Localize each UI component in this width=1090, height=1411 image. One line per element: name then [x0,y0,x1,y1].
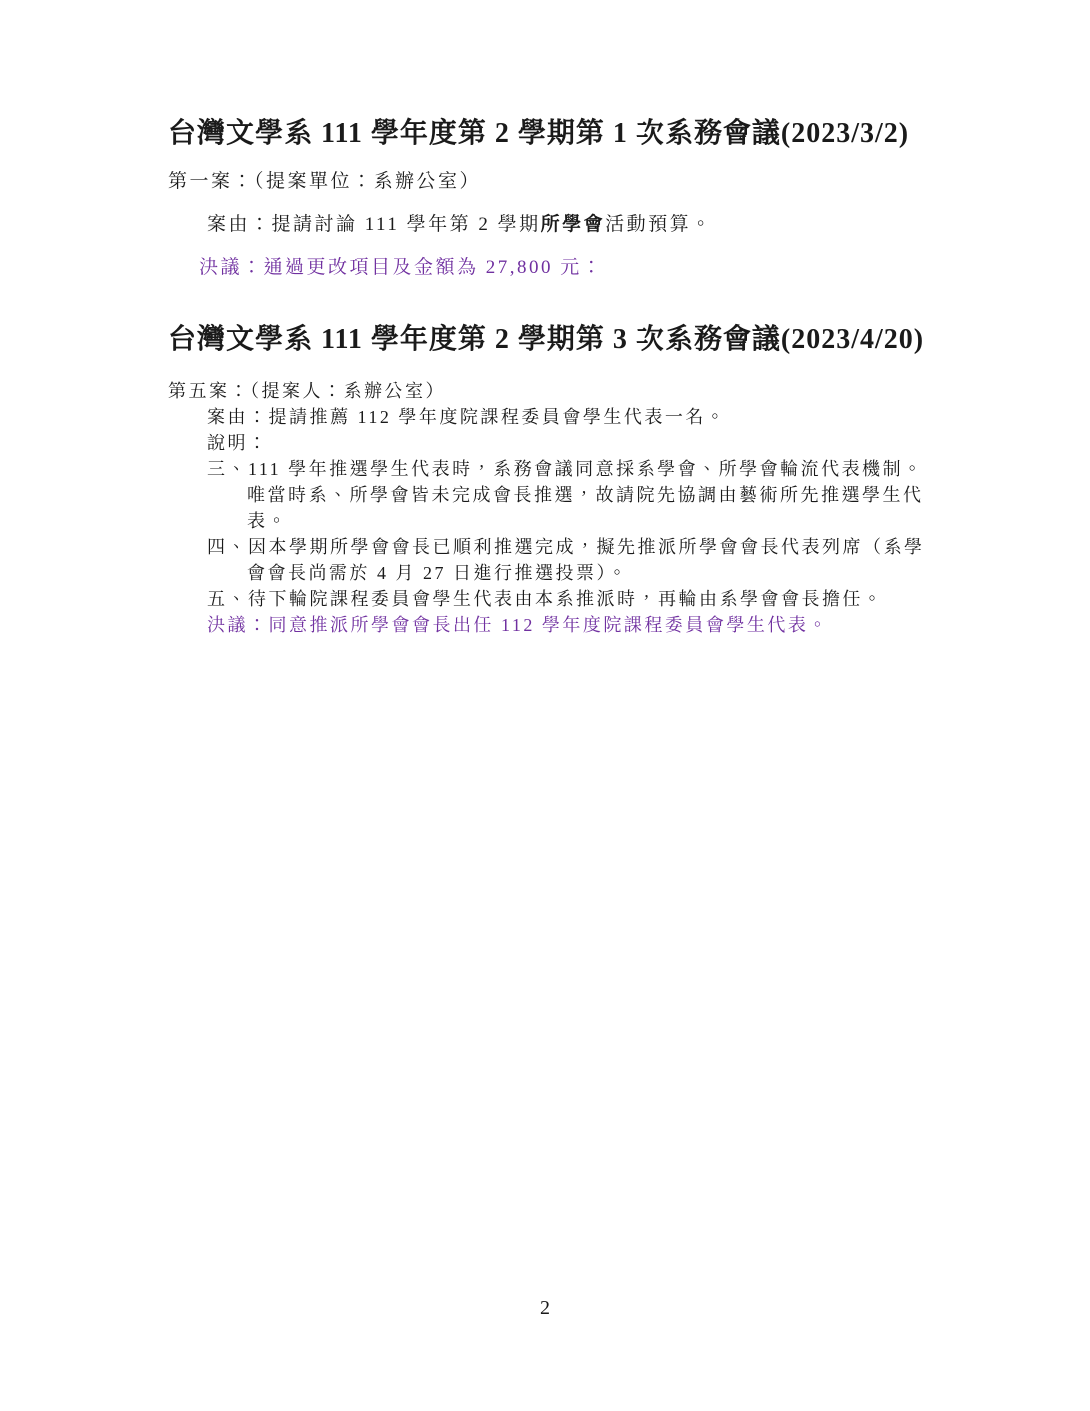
meeting1-title: 台灣文學系 111 學年度第 2 學期第 1 次系務會議(2023/3/2) [168,112,928,156]
meeting1-subject-prefix: 案由：提請討論 111 學年第 2 學期 [207,214,541,235]
meeting2-explanation-label: 說明： [207,430,928,456]
meeting2-subject-line: 案由：提請推薦 112 學年度院課程委員會學生代表一名。 [207,404,928,430]
document-content: 台灣文學系 111 學年度第 2 學期第 1 次系務會議(2023/3/2) 第… [168,112,928,638]
meeting2-item4-line1: 四、因本學期所學會會長已順利推選完成，擬先推派所學會會長代表列席（系學 [207,534,928,560]
meeting1-subject-suffix: 活動預算。 [605,214,713,235]
meeting1-subject-bold-term: 所學會 [541,214,606,235]
meeting2-item4-line2: 會會長尚需於 4 月 27 日進行推選投票）。 [247,560,928,586]
meeting2-item3-line3: 表。 [247,508,928,534]
meeting1-subject-line: 案由：提請討論 111 學年第 2 學期所學會活動預算。 [207,213,928,237]
meeting2-title: 台灣文學系 111 學年度第 2 學期第 3 次系務會議(2023/4/20) [168,318,928,362]
meeting2-item3-line1: 三、111 學年推選學生代表時，系務會議同意採系學會、所學會輪流代表機制。 [207,456,928,482]
meeting2-case-header: 第五案：（提案人：系辦公室） [168,378,928,404]
page-number: 2 [0,1297,1090,1320]
meeting1-decision-line: 決議：通過更改項目及金額為 27,800 元： [199,256,928,280]
document-page: 台灣文學系 111 學年度第 2 學期第 1 次系務會議(2023/3/2) 第… [0,0,1090,1411]
meeting1-case-header: 第一案：（提案單位：系辦公室） [168,170,928,194]
meeting2-decision-line: 決議：同意推派所學會會長出任 112 學年度院課程委員會學生代表。 [207,612,928,638]
meeting2-item5-line1: 五、待下輪院課程委員會學生代表由本系推派時，再輪由系學會會長擔任。 [207,586,928,612]
meeting2-item3-line2: 唯當時系、所學會皆未完成會長推選，故請院先協調由藝術所先推選學生代 [247,482,928,508]
